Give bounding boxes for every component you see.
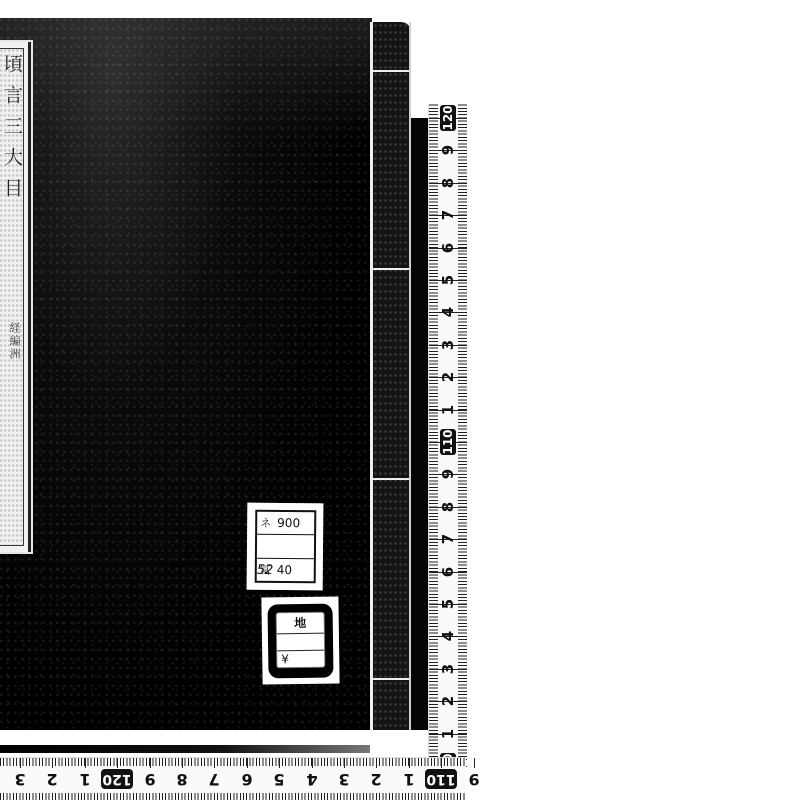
price-row: ¥	[277, 650, 324, 667]
ruler-label: 9	[440, 464, 456, 484]
spine-texture	[373, 22, 411, 730]
handwritten-stamp: 52	[257, 563, 274, 578]
ruler-label: 120	[440, 105, 456, 131]
call-number-value: 40	[277, 563, 292, 577]
ruler-major-tick	[279, 758, 280, 768]
page-edges	[0, 730, 430, 740]
ruler-major-tick	[52, 758, 53, 768]
book-subtitle: 経編洲	[4, 322, 22, 361]
ruler-label: 7	[204, 769, 224, 789]
ruler-major-tick	[441, 758, 442, 768]
ruler-major-tick	[117, 758, 118, 768]
ruler-major-tick	[150, 758, 151, 768]
ruler-label: 5	[269, 769, 289, 789]
ruler-label: 6	[440, 562, 456, 582]
ruler-label: 4	[440, 302, 456, 322]
scan-image: 頃言三大目 経編洲 ネ 900 冨 40 52 地 ¥	[0, 0, 800, 800]
ruler-label: 9	[440, 140, 456, 160]
ruler-label: 5	[440, 270, 456, 290]
label-frame: 地 ¥	[267, 604, 333, 679]
ruler-label: 1	[399, 769, 419, 789]
ruler-ticks	[0, 758, 466, 766]
ruler-label: 6	[440, 238, 456, 258]
ruler-major-tick	[214, 758, 215, 768]
ruler-label: 9	[140, 769, 160, 789]
vertical-ruler: 120987654321110987654321100	[428, 104, 467, 760]
ruler-label: 7	[440, 529, 456, 549]
ruler-label: 110	[425, 769, 457, 789]
ruler-label: 3	[440, 335, 456, 355]
book-spine	[370, 22, 411, 730]
title-slip: 頃言三大目 経編洲	[0, 40, 33, 554]
ruler-label: 2	[42, 769, 62, 789]
ruler-major-tick	[247, 758, 248, 768]
ruler-label: 8	[440, 173, 456, 193]
back-cover-edge	[0, 745, 370, 753]
call-number-row	[257, 535, 314, 559]
ruler-label: 3	[440, 659, 456, 679]
ruler-major-tick	[312, 758, 313, 768]
ruler-major-tick	[376, 758, 377, 768]
ruler-label: 2	[440, 367, 456, 387]
ruler-label: 8	[440, 497, 456, 517]
ruler-ticks	[0, 793, 466, 800]
call-number-label: ネ 900 冨 40 52	[247, 503, 324, 591]
ruler-major-tick	[474, 758, 475, 768]
ruler-label: 8	[172, 769, 192, 789]
ruler-label: 4	[440, 626, 456, 646]
ruler-major-tick	[409, 758, 410, 768]
call-number-row: ネ 900	[257, 512, 314, 536]
ruler-ticks	[429, 104, 438, 760]
ruler-major-tick	[85, 758, 86, 768]
call-number-value: 900	[277, 516, 300, 530]
binding-thread	[373, 478, 411, 480]
horizontal-ruler: 3211209876543211109	[0, 757, 466, 800]
ruler-label: 2	[440, 691, 456, 711]
ruler-label: 2	[366, 769, 386, 789]
spine-edge	[409, 22, 411, 730]
book-title: 頃言三大目	[2, 54, 22, 209]
ruler-label: 120	[101, 769, 133, 789]
category-row: 地	[277, 613, 324, 634]
ruler-label: 1	[75, 769, 95, 789]
ruler-label: 3	[10, 769, 30, 789]
ruler-major-tick	[344, 758, 345, 768]
ruler-label: 110	[440, 429, 456, 455]
binding-thread	[373, 268, 411, 270]
ruler-label: 3	[334, 769, 354, 789]
call-number-key: ネ	[260, 515, 271, 531]
ruler-label: 5	[440, 594, 456, 614]
ruler-major-tick	[182, 758, 183, 768]
ruler-label: 7	[440, 205, 456, 225]
ruler-ticks	[458, 104, 467, 760]
category-row	[277, 633, 324, 651]
binding-thread	[373, 678, 411, 680]
ruler-label: 9	[464, 769, 484, 789]
ruler-label: 1	[440, 724, 456, 744]
ruler-major-tick	[20, 758, 21, 768]
ruler-label: 6	[237, 769, 257, 789]
category-label: 地 ¥	[261, 596, 339, 684]
ruler-label: 1	[440, 400, 456, 420]
binding-thread	[373, 70, 411, 72]
ruler-label: 4	[302, 769, 322, 789]
